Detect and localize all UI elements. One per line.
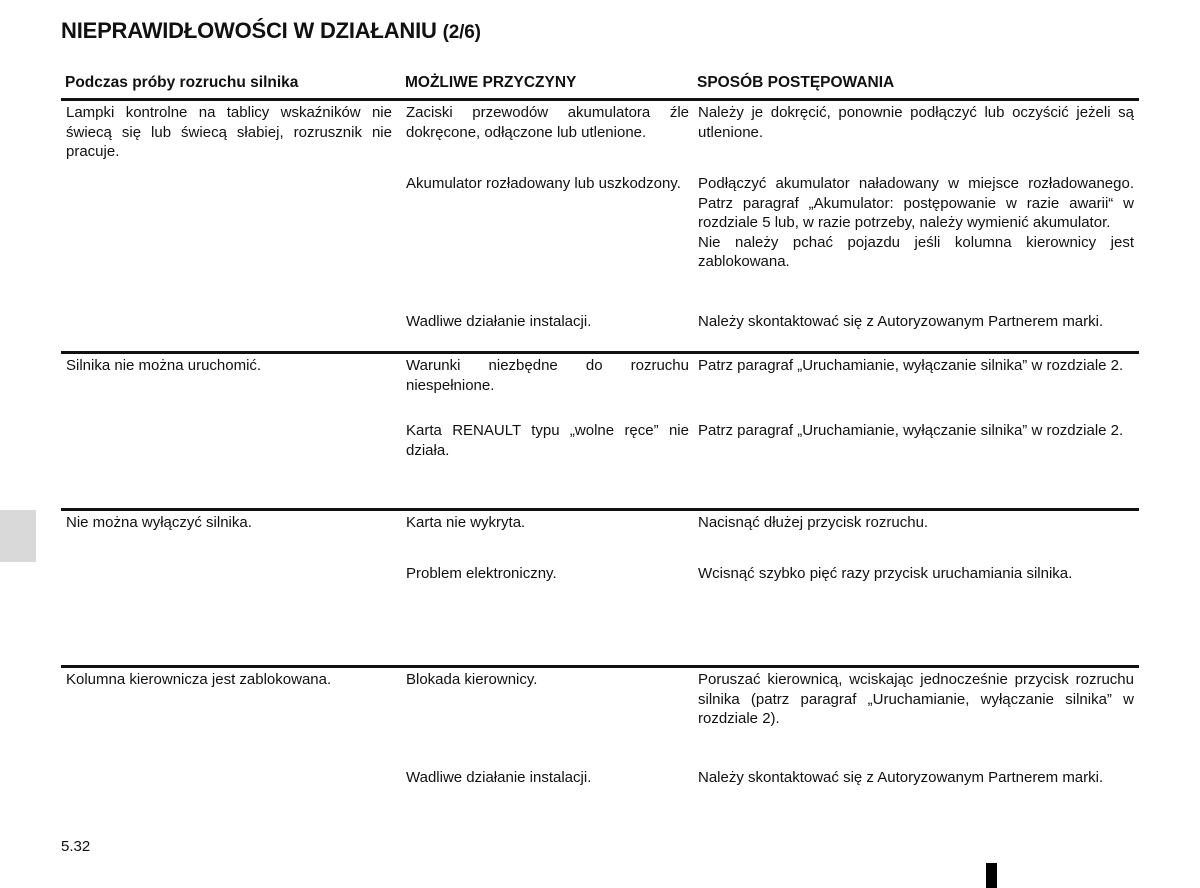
action-cell: Należy je dokręcić, ponownie podłączyć l… [698,103,1134,142]
cause-cell: Problem elektroniczny. [406,564,689,584]
page-title: NIEPRAWIDŁOWOŚCI W DZIAŁANIU (2/6) [61,18,481,44]
cause-cell: Warunki niezbędne do rozruchu niespełnio… [406,356,689,395]
page-count: (2/6) [443,22,481,43]
header-actions: SPOSÓB POSTĘPOWANIA [697,74,894,92]
action-cell: Nacisnąć dłużej przycisk rozruchu. [698,513,1134,533]
action-cell: Patrz paragraf „Uruchamianie, wyłączanie… [698,421,1134,441]
cause-cell: Zaciski przewodów akumulatora źle dokręc… [406,103,689,142]
action-cell: Poruszać kierownicą, wciskając jednocześ… [698,670,1134,729]
cause-cell: Akumulator rozładowany lub uszkodzony. [406,174,689,194]
cause-cell: Karta nie wykryta. [406,513,689,533]
cause-cell: Karta RENAULT typu „wolne ręce” nie dzia… [406,421,689,460]
table-group-battery: Lampki kontrolne na tablicy wskaźników n… [61,101,1139,353]
table-header: Podczas próby rozruchu silnika MOŻLIWE P… [61,74,1139,101]
action-cell: Należy skontaktować się z Autoryzowanym … [698,768,1134,788]
action-cell: Patrz paragraf „Uruchamianie, wyłączanie… [698,356,1134,376]
table-group-steering-lock: Kolumna kierownicza jest zablokowana. Bl… [61,665,1139,818]
header-causes: MOŻLIWE PRZYCZYNY [405,74,576,92]
table-group-stop-failure: Nie można wyłączyć silnika. Karta nie wy… [61,508,1139,666]
print-marker [986,863,997,888]
action-cell: Podłączyć akumulator naładowany w miejsc… [698,174,1134,272]
action-cell: Należy skontaktować się z Autoryzowanym … [698,312,1134,332]
cause-cell: Wadliwe działanie instalacji. [406,312,689,332]
chapter-side-tab [0,510,36,562]
header-symptom: Podczas próby rozruchu silnika [65,74,298,92]
action-text: Podłączyć akumulator naładowany w miejsc… [698,174,1134,233]
cause-cell: Wadliwe działanie instalacji. [406,768,689,788]
action-note: Nie należy pchać pojazdu jeśli kolumna k… [698,233,1134,272]
symptom-cell: Nie można wyłączyć silnika. [66,513,392,533]
symptom-cell: Kolumna kierownicza jest zablokowana. [66,670,392,690]
action-cell: Wcisnąć szybko pięć razy przycisk urucha… [698,564,1134,584]
table-group-start-failure: Silnika nie można uruchomić. Warunki nie… [61,351,1139,509]
cause-cell: Blokada kierownicy. [406,670,689,690]
page-title-text: NIEPRAWIDŁOWOŚCI W DZIAŁANIU [61,18,437,43]
page-number: 5.32 [61,838,90,855]
symptom-cell: Silnika nie można uruchomić. [66,356,392,376]
symptom-cell: Lampki kontrolne na tablicy wskaźników n… [66,103,392,162]
